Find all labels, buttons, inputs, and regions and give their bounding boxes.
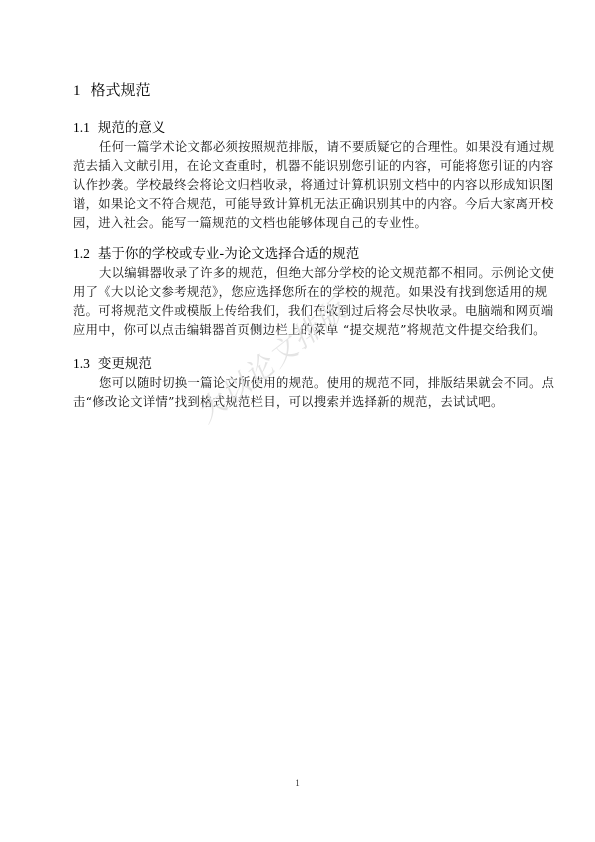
section-1-1-paragraph: 任何一篇学术论文都必须按照规范排版，请不要质疑它的合理性。如果没有通过规 范去插… xyxy=(73,138,523,233)
section-heading-1-3: 1.3变更规范 xyxy=(73,355,152,373)
paragraph-line: 认作抄袭。学校最终会将论文归档收录，将通过计算机识别文档中的内容以形成知识图 xyxy=(73,176,523,195)
paragraph-line: 应用中，你可以点击编辑器首页侧边栏上的菜单 “提交规范”将规范文件提交给我们。 xyxy=(73,321,523,340)
paragraph-line: 园，进入社会。能写一篇规范的文档也能够体现自己的专业性。 xyxy=(73,214,523,233)
section-1-3-paragraph: 您可以随时切换一篇论文所使用的规范。使用的规范不同，排版结果就会不同。点 击“修… xyxy=(73,374,523,412)
paragraph-line: 您可以随时切换一篇论文所使用的规范。使用的规范不同，排版结果就会不同。点 xyxy=(73,374,523,393)
chapter-heading: 1格式规范 xyxy=(73,80,151,101)
paragraph-line: 谱，如果论文不符合规范，可能导致计算机无法正确识别其中的内容。今后大家离开校 xyxy=(73,195,523,214)
section-number: 1.2 xyxy=(73,245,90,263)
document-page: 1格式规范 1.1规范的意义 任何一篇学术论文都必须按照规范排版，请不要质疑它的… xyxy=(0,0,595,842)
section-heading-1-1: 1.1规范的意义 xyxy=(73,119,165,137)
section-title: 变更规范 xyxy=(98,356,152,372)
paragraph-line: 大以编辑器收录了许多的规范，但绝大部分学校的论文规范都不相同。示例论文使 xyxy=(73,264,523,283)
section-1-2-paragraph: 大以编辑器收录了许多的规范，但绝大部分学校的论文规范都不相同。示例论文使 用了《… xyxy=(73,264,523,340)
section-heading-1-2: 1.2基于你的学校或专业-为论文选择合适的规范 xyxy=(73,245,359,263)
paragraph-line: 任何一篇学术论文都必须按照规范排版，请不要质疑它的合理性。如果没有通过规 xyxy=(73,138,523,157)
paragraph-line: 击“修改论文详情”找到格式规范栏目，可以搜索并选择新的规范，去试试吧。 xyxy=(73,393,523,412)
chapter-number: 1 xyxy=(73,81,81,101)
paragraph-line: 范去插入文献引用，在论文查重时，机器不能识别您引证的内容，可能将您引证的内容 xyxy=(73,157,523,176)
paragraph-line: 用了《大以论文参考规范》，您应选择您所在的学校的规范。如果没有找到您适用的规 xyxy=(73,283,523,302)
section-title: 基于你的学校或专业-为论文选择合适的规范 xyxy=(98,246,359,262)
section-title: 规范的意义 xyxy=(98,120,166,136)
page-number: 1 xyxy=(0,778,595,788)
section-number: 1.1 xyxy=(73,119,90,137)
chapter-title: 格式规范 xyxy=(91,81,151,99)
paragraph-line: 范。可将规范文件或模版上传给我们，我们在收到过后将会尽快收录。电脑端和网页端 xyxy=(73,302,523,321)
section-number: 1.3 xyxy=(73,355,90,373)
